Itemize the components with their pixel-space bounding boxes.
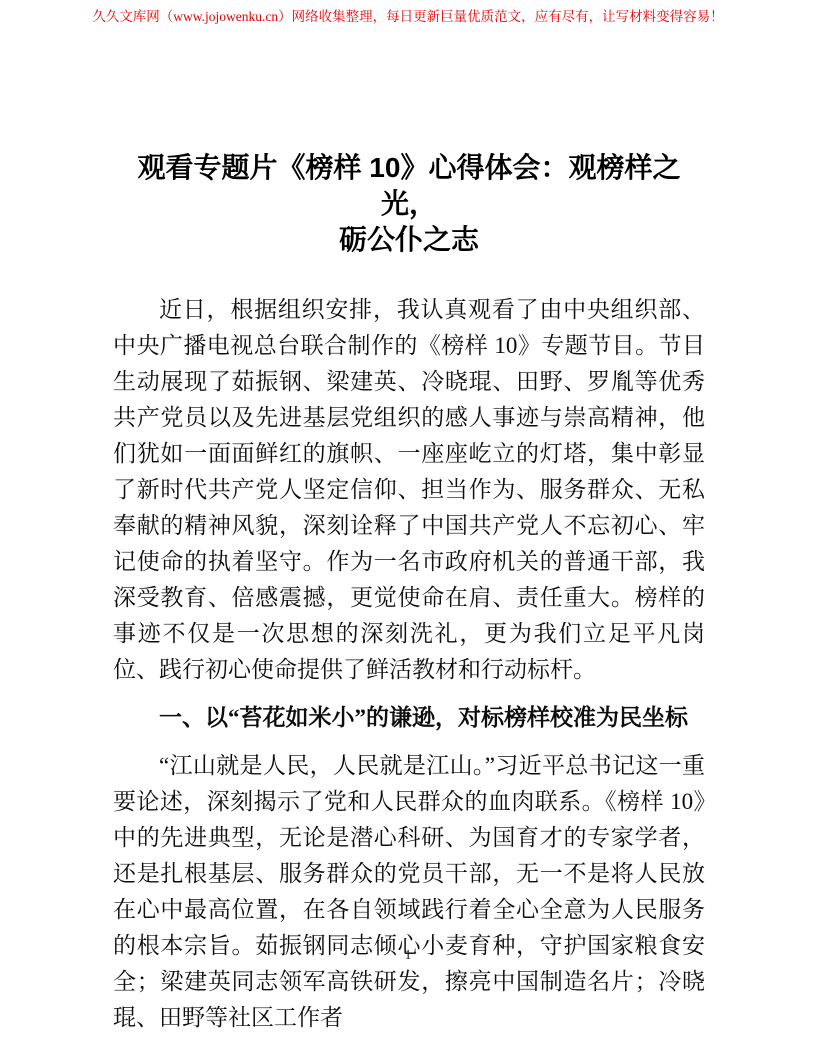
document-page: 久久文库网（www.jojowenku.cn）网络收集整理，每日更新巨量优质范文… — [0, 0, 816, 1056]
title-line-2: 砺公仆之志 — [113, 222, 705, 258]
page-number: 1 — [405, 948, 412, 963]
document-content: 观看专题片《榜样 10》心得体会：观榜样之光， 砺公仆之志 近日，根据组织安排，… — [113, 0, 705, 1036]
paragraph-section-1: “江山就是人民，人民就是江山。”习近平总书记这一重要论述，深刻揭示了党和人民群众… — [113, 748, 705, 1036]
title-line-1: 观看专题片《榜样 10》心得体会：观榜样之光， — [113, 150, 705, 222]
document-title: 观看专题片《榜样 10》心得体会：观榜样之光， 砺公仆之志 — [113, 150, 705, 258]
page-footer: 1 — [0, 946, 816, 966]
section-heading-1: 一、以“苔花如米小”的谦逊，对标榜样校准为民坐标 — [113, 700, 705, 736]
paragraph-intro: 近日，根据组织安排，我认真观看了由中央组织部、中央广播电视总台联合制作的《榜样 … — [113, 292, 705, 688]
